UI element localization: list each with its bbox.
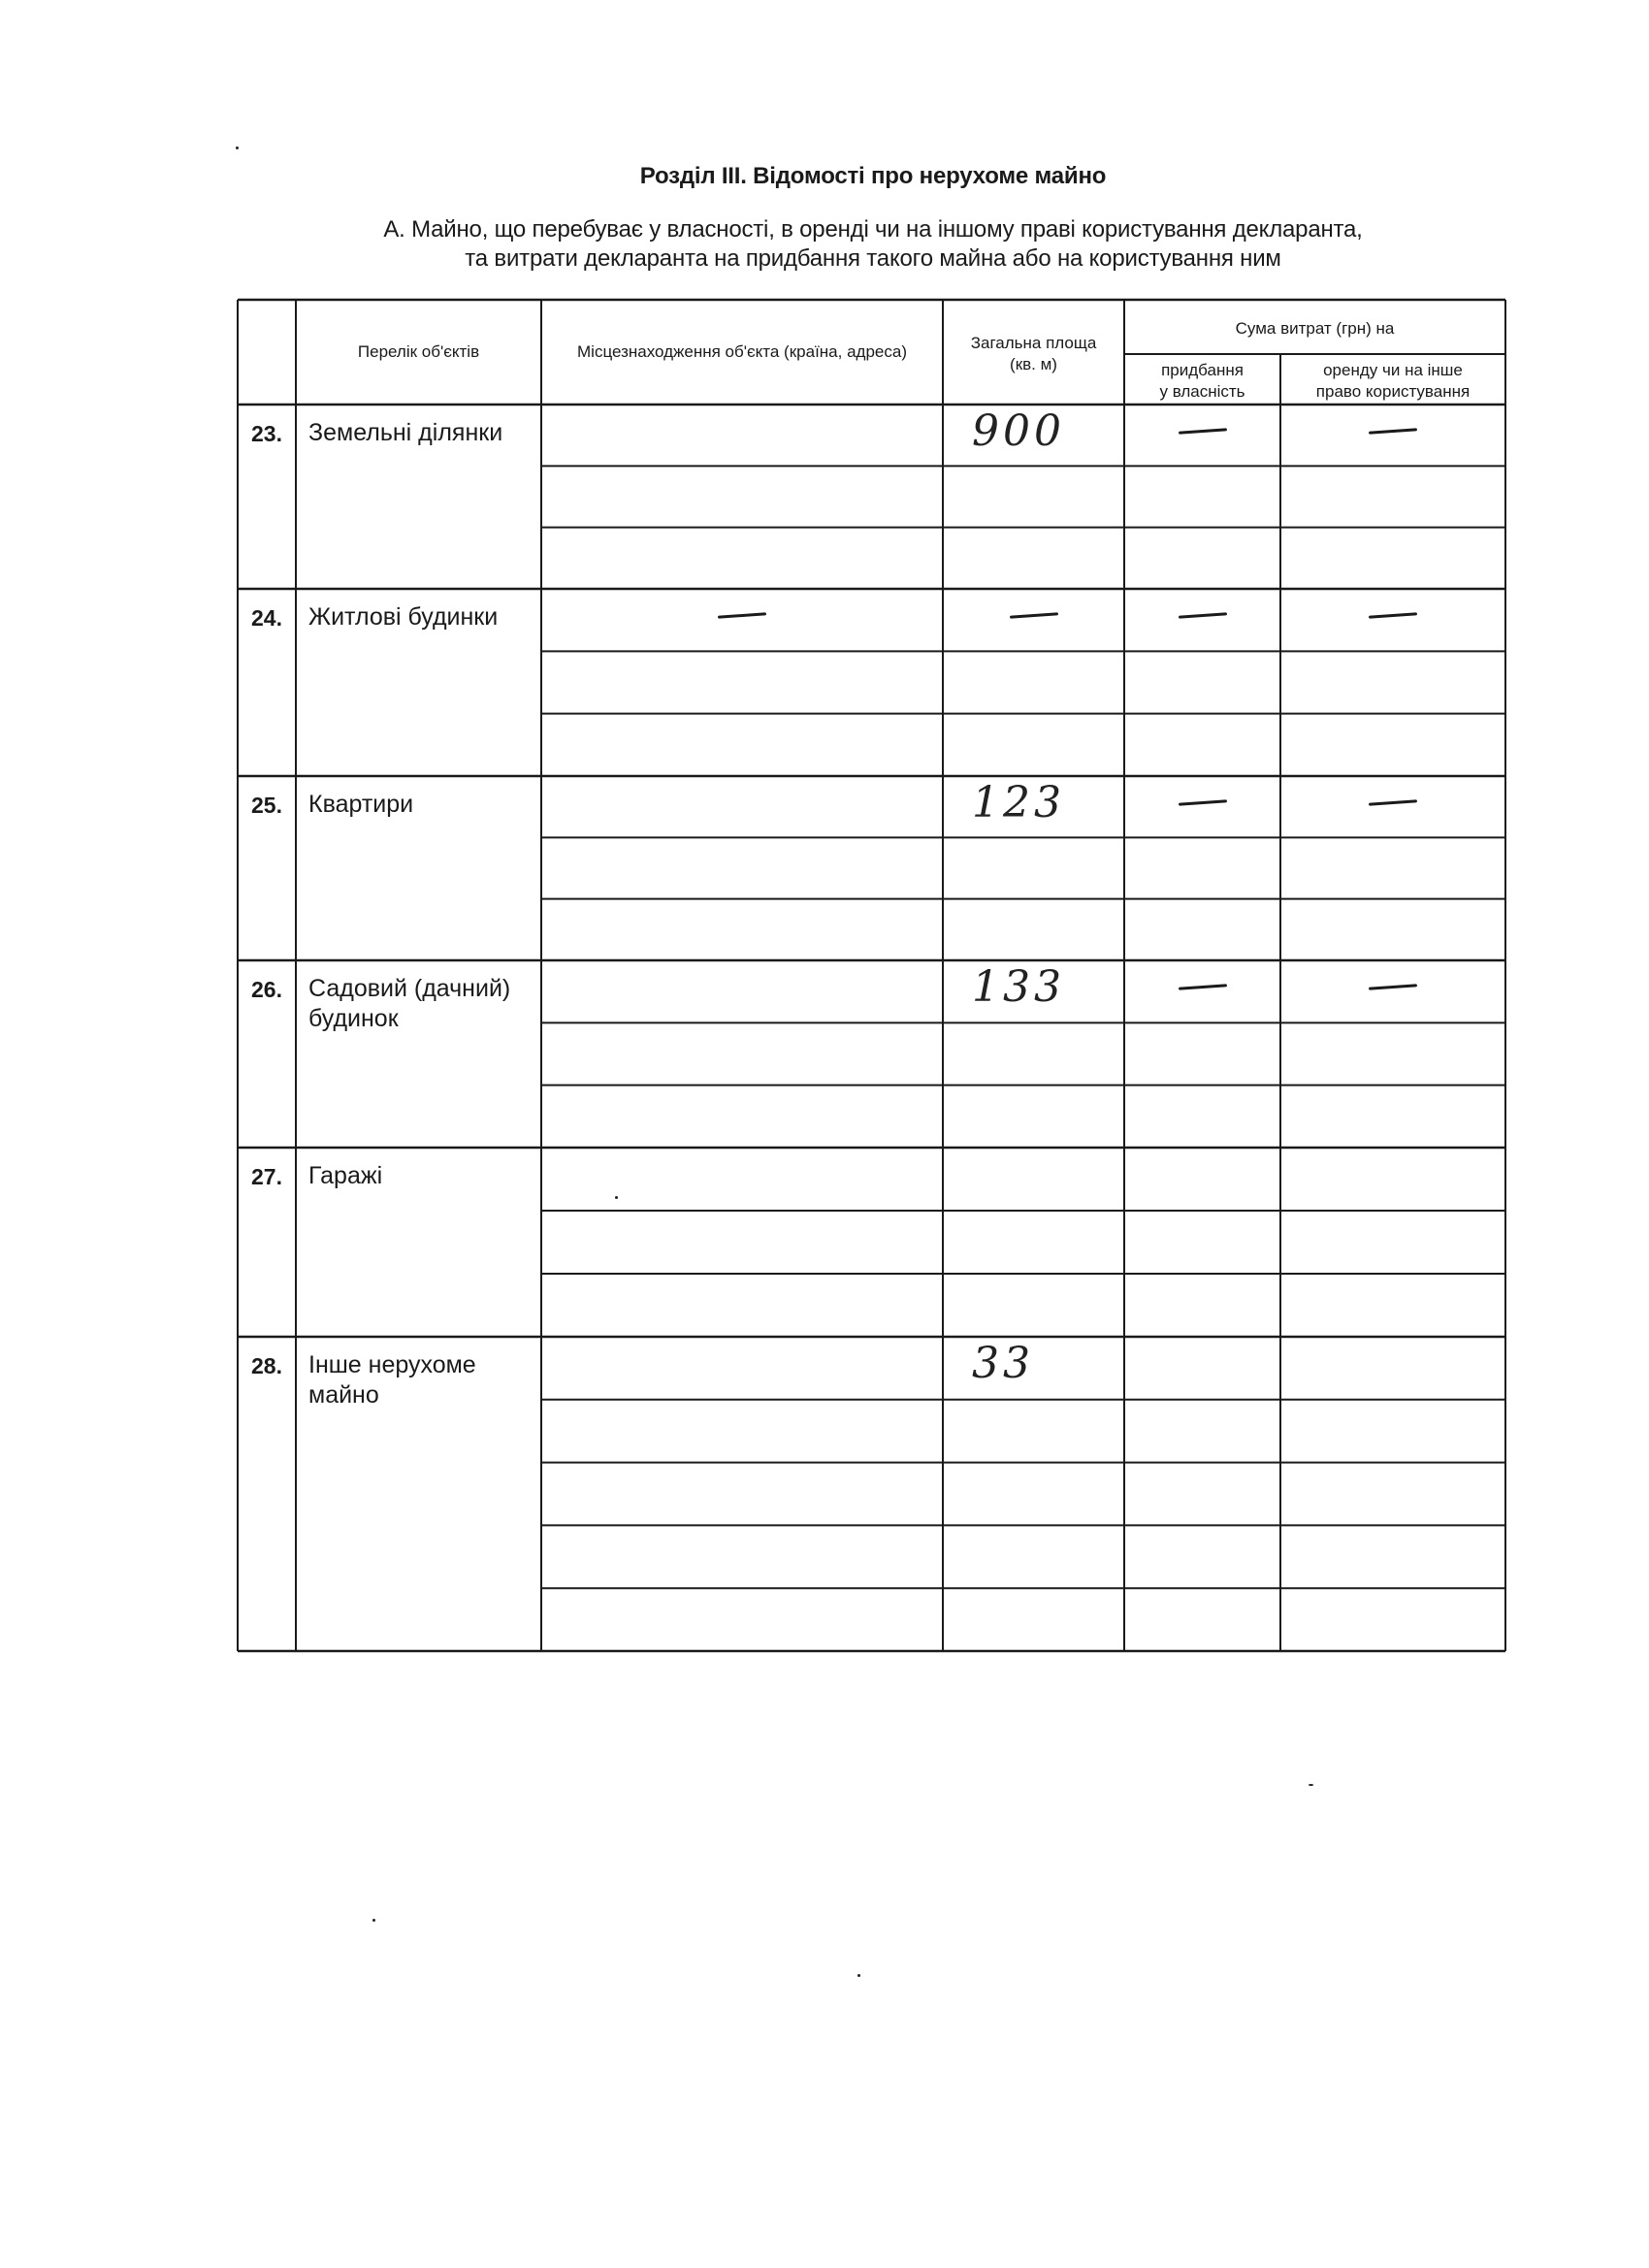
scan-speck [372,1919,375,1922]
area-value: 133 [972,962,1065,1012]
header-location: Місцезнаходження об'єкта (країна, адреса… [541,341,943,363]
row-label: Інше нерухомемайно [308,1350,476,1410]
header-area: Загальна площа (кв. м) [943,333,1124,375]
row-number: 23. [251,419,282,449]
header-purchase: придбання у власність [1124,360,1280,403]
row-number: 28. [251,1351,282,1381]
header-expenses: Сума витрат (грн) на [1124,318,1505,340]
table-grid [0,0,1649,2268]
row-label: Житлові будинки [308,602,498,632]
scan-speck [1309,1784,1313,1786]
scan-speck [236,146,239,149]
row-label: Квартири [308,790,413,820]
area-value: 900 [972,406,1065,456]
area-value: 33 [972,1339,1034,1388]
row-number: 24. [251,603,282,633]
row-number: 27. [251,1162,282,1192]
scan-speck [857,1974,860,1977]
row-number: 26. [251,975,282,1005]
header-objects: Перелік об'єктів [296,341,541,363]
area-value: 123 [972,778,1065,827]
row-label: Земельні ділянки [308,418,502,448]
header-rent: оренду чи на інше право користування [1280,360,1505,403]
scan-speck [615,1196,618,1199]
row-label: Садовий (дачний)будинок [308,974,510,1034]
row-number: 25. [251,791,282,821]
row-label: Гаражі [308,1161,382,1191]
